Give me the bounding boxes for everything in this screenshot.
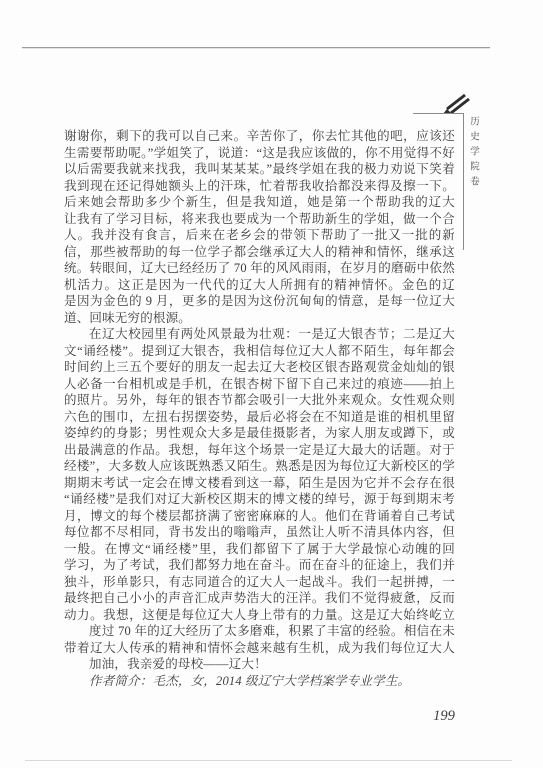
text-line: 每位都不尽相同，背书发出的嗡嗡声，虽然让人听不清具体内容，但好似诵经 (64, 524, 455, 541)
text-line: 是因为金色的 9 月，更多的是因为这份沉甸甸的情意，是每一位辽大人津津乐 (64, 293, 455, 310)
text-line: 动力。我想，这便是每位辽大人身上带有的力量。这是辽大始终屹立的源泉。 (64, 607, 455, 624)
scan-page: 历史学院卷 谢谢你，剩下的我可以自己来。辛苦你了，你去忙其他的吧，应该还有很多新… (0, 0, 543, 768)
text-line: 一般。在博文“诵经楼”里，我们都留下了属于大学最惊心动魄的回忆。为了 (64, 541, 455, 558)
page-top-edge (22, 47, 490, 48)
text-line: 学习，为了考试，我们都努力地在奋斗。而在奋斗的征途上，我们并不是单打 (64, 557, 455, 574)
pencil-icon (438, 88, 472, 116)
text-line: 统。转眼间，辽大已经经历了 70 年的风风雨雨，在岁月的磨砺中依然富有生 (64, 260, 455, 277)
text-line: 月，博文的每个楼层都挤满了密密麻麻的人。他们在背诵着自己考试的科目， (64, 508, 455, 525)
page-bottom-edge (25, 760, 512, 761)
text-line: 期期末考试一定会在博文楼看到这一幕，陌生是因为它并不会存在很长时间。 (64, 475, 455, 492)
text-line: 以后需要我就来找我，我叫某某某。”最终学姐在我的极力劝说下笑着离开了。 (64, 161, 455, 178)
text-line: 独斗，形单影只，有志同道合的辽大人一起战斗。我们一起拼搏，一起努力， (64, 574, 455, 591)
text-line: 后来她会帮助多少个新生，但是我知道，她是第一个帮助我的辽大人。也是她 (64, 194, 455, 211)
text-line: 最终把自己小小的声音汇成声势浩大的汪洋。我们不觉得疲惫，反而越战越有 (64, 590, 455, 607)
author-note: 作者简介：毛杰，女，2014 级辽宁大学档案学专业学生。 (64, 673, 455, 690)
margin-rule-horizontal (413, 113, 464, 114)
text-line: 在辽大校园里有两处风景最为壮观：一是辽大银杏节；二是辽大的博 (64, 326, 455, 343)
text-line: 人必备一台相机或是手机，在银杏树下留下自己来过的痕迹——拍上几张美美 (64, 376, 455, 393)
margin-tab-volume-label: 历史学院卷 (466, 116, 480, 246)
text-line: 生需要帮助呢。”学姐笑了，说道：“这是我应该做的，你不用觉得不好意思， (64, 145, 455, 162)
text-line: 文“诵经楼”。提到辽大银杏，我相信每位辽大人都不陌生，每年都会在特定的 (64, 343, 455, 360)
text-line: 机活力。这正是因为一代代的辽大人所拥有的精神情怀。金色的辽大，不仅仅 (64, 277, 455, 294)
text-line: 姿绰约的身影；男性观众大多是最佳摄影者，为家人朋友或蹲下，或半跪着拍 (64, 425, 455, 442)
text-line: 道、回味无穷的根源。 (64, 310, 455, 327)
text-line: 时间约上三五个要好的朋友一起去辽大老校区银杏路观赏金灿灿的银杏叶，每 (64, 359, 455, 376)
essay-body: 谢谢你，剩下的我可以自己来。辛苦你了，你去忙其他的吧，应该还有很多新生需要帮助呢… (64, 128, 455, 689)
text-line: 带着辽大人传承的精神和情怀会越来越有生机，成为我们每位辽大人的骄傲。 (64, 640, 455, 657)
text-line: 度过 70 年的辽大经历了太多磨难，积累了丰富的经验。相信在未来的日子里， (64, 623, 455, 640)
text-line: “诵经楼”是我们对辽大新校区期末的博文楼的绰号，源于每到期末考试前半个 (64, 491, 455, 508)
text-line: 我到现在还记得她额头上的汗珠，忙着帮我收拾都没来得及擦一下。我不知道 (64, 178, 455, 195)
text-line: 经楼”，大多数人应该既熟悉又陌生。熟悉是因为每位辽大新校区的学子在每学 (64, 458, 455, 475)
text-line: 信，那些被帮助的每一位学子都会继承辽大人的精神和情怀，继承这一优良传 (64, 244, 455, 261)
text-line: 出最满意的作品。我想，每年这个场景一定是辽大最大的话题。对于博文“诵 (64, 442, 455, 459)
text-line: 人。我并没有食言，后来在老乡会的带领下帮助了一批又一批的新生。我相 (64, 227, 455, 244)
text-line: 的照片。另外，每年的银杏节都会吸引一大批外来观众。女性观众则披上五颜 (64, 392, 455, 409)
text-line: 加油，我亲爱的母校——辽大！ (64, 656, 455, 673)
margin-rule-vertical (463, 113, 464, 250)
page-number: 199 (424, 708, 464, 725)
text-line: 谢谢你，剩下的我可以自己来。辛苦你了，你去忙其他的吧，应该还有很多新 (64, 128, 455, 145)
text-line: 六色的围巾，左扭右拐摆姿势，最后必将会在不知道是谁的相机里留下自己风 (64, 409, 455, 426)
text-line: 让我有了学习目标，将来我也要成为一个帮助新生的学姐，做一个合格的辽大 (64, 211, 455, 228)
